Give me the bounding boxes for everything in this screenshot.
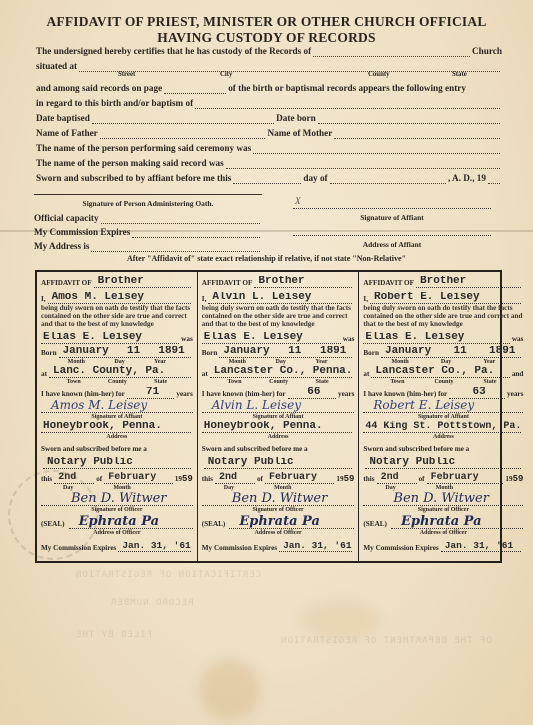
town-sublabel: Town (228, 378, 242, 387)
subject-name-field[interactable]: Elias E. Leisey (363, 332, 509, 344)
officer-address[interactable]: Ephrata Pa (69, 515, 193, 529)
signature-affiant-sublabel: Signature of Affiant (202, 413, 355, 422)
subject-name-field[interactable]: Elias E. Leisey (41, 332, 179, 344)
oath-text: being duly sworn on oath do testify that… (363, 304, 523, 329)
day-sublabel: Day (276, 358, 286, 367)
commission-expires-field[interactable]: Jan. 31, '61 (279, 540, 352, 552)
situated-label: situated at (36, 60, 77, 72)
year-prefix: 19 (175, 475, 182, 484)
was-label: was (343, 335, 355, 344)
baptism-name-field[interactable] (195, 100, 500, 109)
of-label: of (257, 475, 263, 484)
sworn-month-field[interactable]: February (427, 472, 504, 484)
of-label: of (96, 475, 102, 484)
date-born-label: Date born (276, 112, 316, 124)
of-label: of (419, 475, 425, 484)
date-baptised-label: Date baptised (36, 112, 90, 124)
official-capacity-field[interactable] (101, 215, 260, 224)
sworn-year: 59 (344, 475, 355, 484)
official-capacity-label: Official capacity (34, 212, 99, 224)
performing-line: The name of the person performing said c… (36, 142, 502, 154)
birth-day: 11 (288, 346, 301, 357)
record-maker-field[interactable] (226, 160, 500, 169)
state-sublabel: State (483, 378, 496, 387)
years-known-field[interactable]: 63 (449, 387, 505, 399)
title-line-1: AFFIDAVIT OF PRIEST, MINISTER OR OTHER C… (0, 14, 533, 30)
oath-text: being duly sworn on oath do testify that… (41, 304, 193, 329)
years-label: years (507, 390, 523, 399)
birth-date-field[interactable]: January 11 1891 (381, 346, 521, 358)
commission-expires-field[interactable]: Jan. 31, '61 (441, 540, 522, 552)
church-records-line: The undersigned hereby certifies that he… (36, 45, 502, 57)
affiant-address-field[interactable] (293, 235, 491, 236)
at-label: at (363, 370, 369, 379)
seal-label: (SEAL) (202, 520, 226, 529)
birth-place-field[interactable]: Lanc. County, Pa. (49, 366, 191, 378)
oath-text: being duly sworn on oath do testify that… (202, 304, 355, 329)
commission-label: My Commission Expires (34, 226, 130, 238)
affiant-name-field[interactable]: Alvin L. Leisey (208, 292, 352, 304)
relationship-field[interactable]: Brother (94, 276, 191, 288)
address-officer-sublabel: Address of Officer (41, 529, 193, 538)
affiant-signature[interactable]: Robert E. Leisey (363, 399, 523, 413)
birth-month: January (385, 346, 431, 357)
birth-day: 11 (454, 346, 467, 357)
performing-name-field[interactable] (253, 145, 500, 154)
affiant-signature[interactable]: Alvin L. Leisey (202, 399, 355, 413)
sworn-month-field[interactable]: February (104, 472, 173, 484)
county-sublabel: County (269, 378, 288, 387)
year-sublabel: Year (316, 358, 328, 367)
commission-expires-label: My Commission Expires (202, 544, 277, 553)
making-record-line: The name of the person making said recor… (36, 157, 502, 169)
this-label: this (202, 475, 213, 484)
birth-year: 1891 (158, 346, 184, 357)
i-label: I, (363, 295, 368, 304)
sworn-before-label: Sworn and subscribed before me a (41, 445, 147, 454)
my-address-label: My Address is (34, 240, 89, 252)
affiant-address-field[interactable]: Honeybrook, Penna. (202, 421, 353, 433)
city-sublabel: City (220, 71, 232, 78)
parents-line: Name of Father Name of Mother (36, 127, 502, 139)
ad-label: , A. D., 19 (448, 172, 486, 184)
signature-affiant-sublabel: Signature of Affiant (363, 413, 523, 422)
title-line-2: HAVING CUSTODY OF RECORDS (0, 30, 533, 46)
was-label: was (181, 335, 193, 344)
dates-line: Date baptised Date born (36, 112, 502, 124)
affidavit-column-1: AFFIDAVIT OFBrother I,Amos M. Leisey bei… (37, 272, 197, 561)
affiant-address-field[interactable]: 44 King St. Pottstown, Pa. (363, 421, 521, 433)
address-officer-sublabel: Address of Officer (202, 529, 355, 538)
admin-signature-field[interactable] (34, 194, 262, 195)
page-line: and among said records on page of the bi… (36, 82, 502, 94)
certifies-label: The undersigned hereby certifies that he… (36, 45, 311, 57)
address-officer-sublabel: Address of Officer (363, 529, 523, 538)
sworn-year: 59 (182, 475, 193, 484)
admin-signature-label: Signature of Person Administering Oath. (34, 199, 262, 208)
bleed-through-text: RECORD NUMBER (110, 598, 193, 608)
bleed-through-text: CERTIFICATION OF REGISTRATION (75, 570, 261, 580)
sworn-month-field[interactable] (330, 175, 446, 184)
officer-address[interactable]: Ephrata Pa (391, 515, 523, 529)
making-label: The name of the person making said recor… (36, 157, 224, 169)
year-sublabel: Year (483, 358, 495, 367)
church-name-field[interactable] (313, 48, 470, 57)
at-label: at (202, 370, 208, 379)
sworn-day-field[interactable]: 2nd (215, 472, 255, 484)
year-prefix: 19 (336, 475, 343, 484)
officer-title-field[interactable]: Notary Public (43, 457, 191, 469)
page-number-field[interactable] (164, 85, 226, 94)
month-sublabel: Month (391, 358, 408, 367)
sworn-before-label: Sworn and subscribed before me a (363, 445, 469, 454)
years-label: years (176, 390, 192, 399)
years-known-field[interactable]: 71 (127, 387, 175, 399)
state-sublabel: State (154, 378, 167, 387)
address-sublabel: Address (41, 433, 193, 442)
county-sublabel: County (368, 71, 390, 78)
commission-field[interactable] (132, 229, 260, 238)
years-label: years (338, 390, 354, 399)
date-baptised-field[interactable] (92, 115, 274, 124)
official-capacity-line: Official capacity (34, 212, 262, 224)
street-sublabel: Street (118, 71, 135, 78)
father-label: Name of Father (36, 127, 98, 139)
situated-line: situated at (36, 60, 502, 72)
subject-name-field[interactable]: Elias E. Leisey (202, 332, 341, 344)
at-label: at (41, 370, 47, 379)
i-label: I, (202, 295, 207, 304)
officer-signature[interactable]: Ben D. Witwer (202, 492, 355, 506)
affidavit-of-label: AFFIDAVIT OF (41, 279, 92, 288)
birth-month: January (63, 346, 109, 357)
baptism-of-line: in regard to this birth and/or baptism o… (36, 97, 502, 109)
regard-label: in regard to this birth and/or baptism o… (36, 97, 193, 109)
affiant-signature[interactable]: Amos M. Leisey (41, 399, 193, 413)
sworn-year: 59 (513, 475, 524, 484)
church-label: Church (472, 45, 502, 57)
affidavit-column-3: AFFIDAVIT OFBrother I,Robert E. Leisey b… (358, 272, 527, 561)
seal-label: (SEAL) (363, 520, 387, 529)
water-stain (300, 600, 380, 640)
bleed-through-text: OF THE DEPARTMENT OF REGISTRATION (280, 636, 492, 646)
day-of-label: day of (303, 172, 327, 184)
performing-label: The name of the person performing said c… (36, 142, 251, 154)
birth-place-field[interactable]: Lancaster Co., Pa. (371, 366, 509, 378)
officer-title-field[interactable]: Notary Public (204, 457, 353, 469)
town-sublabel: Town (67, 378, 81, 387)
page-title: AFFIDAVIT OF PRIEST, MINISTER OR OTHER C… (0, 14, 533, 46)
relationship-field[interactable]: Brother (416, 276, 521, 288)
this-label: this (363, 475, 374, 484)
seal-label: (SEAL) (41, 520, 65, 529)
date-born-field[interactable] (318, 115, 500, 124)
month-sublabel: Month (229, 358, 246, 367)
born-label: Born (363, 349, 379, 358)
sworn-day-field[interactable]: 2nd (54, 472, 94, 484)
affiant-name-field[interactable]: Amos M. Leisey (48, 292, 191, 304)
church-location-field[interactable] (79, 63, 500, 72)
year-sublabel: Year (154, 358, 166, 367)
state-sublabel: State (316, 378, 329, 387)
sworn-month-field[interactable]: February (265, 472, 334, 484)
address-sublabel: Address (202, 433, 355, 442)
day-sublabel: Day (114, 358, 124, 367)
commission-expires-label: My Commission Expires (41, 544, 116, 553)
birth-month: January (223, 346, 269, 357)
sworn-year-field[interactable] (488, 175, 500, 184)
and-label: and (512, 370, 524, 379)
affiant-signature-field[interactable] (293, 208, 491, 209)
sworn-day-field[interactable]: 2nd (377, 472, 417, 484)
year-prefix: 19 (505, 475, 512, 484)
birth-date-field[interactable]: January 11 1891 (59, 346, 191, 358)
affidavit-of-label: AFFIDAVIT OF (202, 279, 253, 288)
affidavit-column-2: AFFIDAVIT OFBrother I,Alvin L. Leisey be… (197, 272, 359, 561)
was-label: was (512, 335, 524, 344)
relationship-instruction: After "Affidavit of" state exact relatio… (0, 254, 533, 263)
day-sublabel: Day (441, 358, 451, 367)
water-stain (200, 660, 260, 720)
birth-year: 1891 (489, 346, 515, 357)
commission-expires-label: My Commission Expires (363, 544, 438, 553)
birth-date-field[interactable]: January 11 1891 (219, 346, 352, 358)
mother-name-field[interactable] (334, 130, 500, 139)
mother-label: Name of Mother (267, 127, 332, 139)
county-sublabel: County (108, 378, 127, 387)
town-sublabel: Town (390, 378, 404, 387)
address-sublabel: Address (363, 433, 523, 442)
state-sublabel: State (452, 71, 467, 78)
commission-line: My Commission Expires (34, 226, 262, 238)
relationship-field[interactable]: Brother (254, 276, 352, 288)
officer-signature[interactable]: Ben D. Witwer (41, 492, 193, 506)
entry-label: of the birth or baptismal records appear… (228, 82, 466, 94)
bleed-through-text: FILED BY THE (75, 630, 152, 640)
affidavits-box: AFFIDAVIT OFBrother I,Amos M. Leisey bei… (35, 270, 502, 563)
i-label: I, (41, 295, 46, 304)
my-address-field[interactable] (91, 243, 260, 252)
affiant-x-mark: X (295, 196, 301, 206)
my-address-line: My Address is (34, 240, 262, 252)
affiant-name-field[interactable]: Robert E. Leisey (370, 292, 521, 304)
affiant-address-field[interactable]: Honeybrook, Penna. (41, 421, 191, 433)
father-name-field[interactable] (100, 130, 266, 139)
officer-signature[interactable]: Ben D. Witwer (363, 492, 523, 506)
affiant-address-label: Address of Affiant (293, 240, 491, 249)
sworn-before-label: Sworn and subscribed before me a (202, 445, 308, 454)
county-sublabel: County (434, 378, 453, 387)
this-label: this (41, 475, 52, 484)
sworn-label: Sworn and subscribed to by affiant befor… (36, 172, 231, 184)
sworn-line: Sworn and subscribed to by affiant befor… (36, 172, 502, 184)
officer-address[interactable]: Ephrata Pa (229, 515, 354, 529)
birth-year: 1891 (320, 346, 346, 357)
born-label: Born (41, 349, 57, 358)
birth-day: 11 (127, 346, 140, 357)
month-sublabel: Month (68, 358, 85, 367)
birth-place-field[interactable]: Lancaster Co., Penna. (210, 366, 353, 378)
born-label: Born (202, 349, 218, 358)
affiant-signature-label: Signature of Affiant (293, 213, 491, 222)
years-known-field[interactable]: 66 (288, 387, 336, 399)
signature-affiant-sublabel: Signature of Affiant (41, 413, 193, 422)
page-label: and among said records on page (36, 82, 162, 94)
officer-title-field[interactable]: Notary Public (365, 457, 521, 469)
affidavit-of-label: AFFIDAVIT OF (363, 279, 414, 288)
sworn-day-field[interactable] (233, 175, 301, 184)
commission-expires-field[interactable]: Jan. 31, '61 (118, 540, 190, 552)
